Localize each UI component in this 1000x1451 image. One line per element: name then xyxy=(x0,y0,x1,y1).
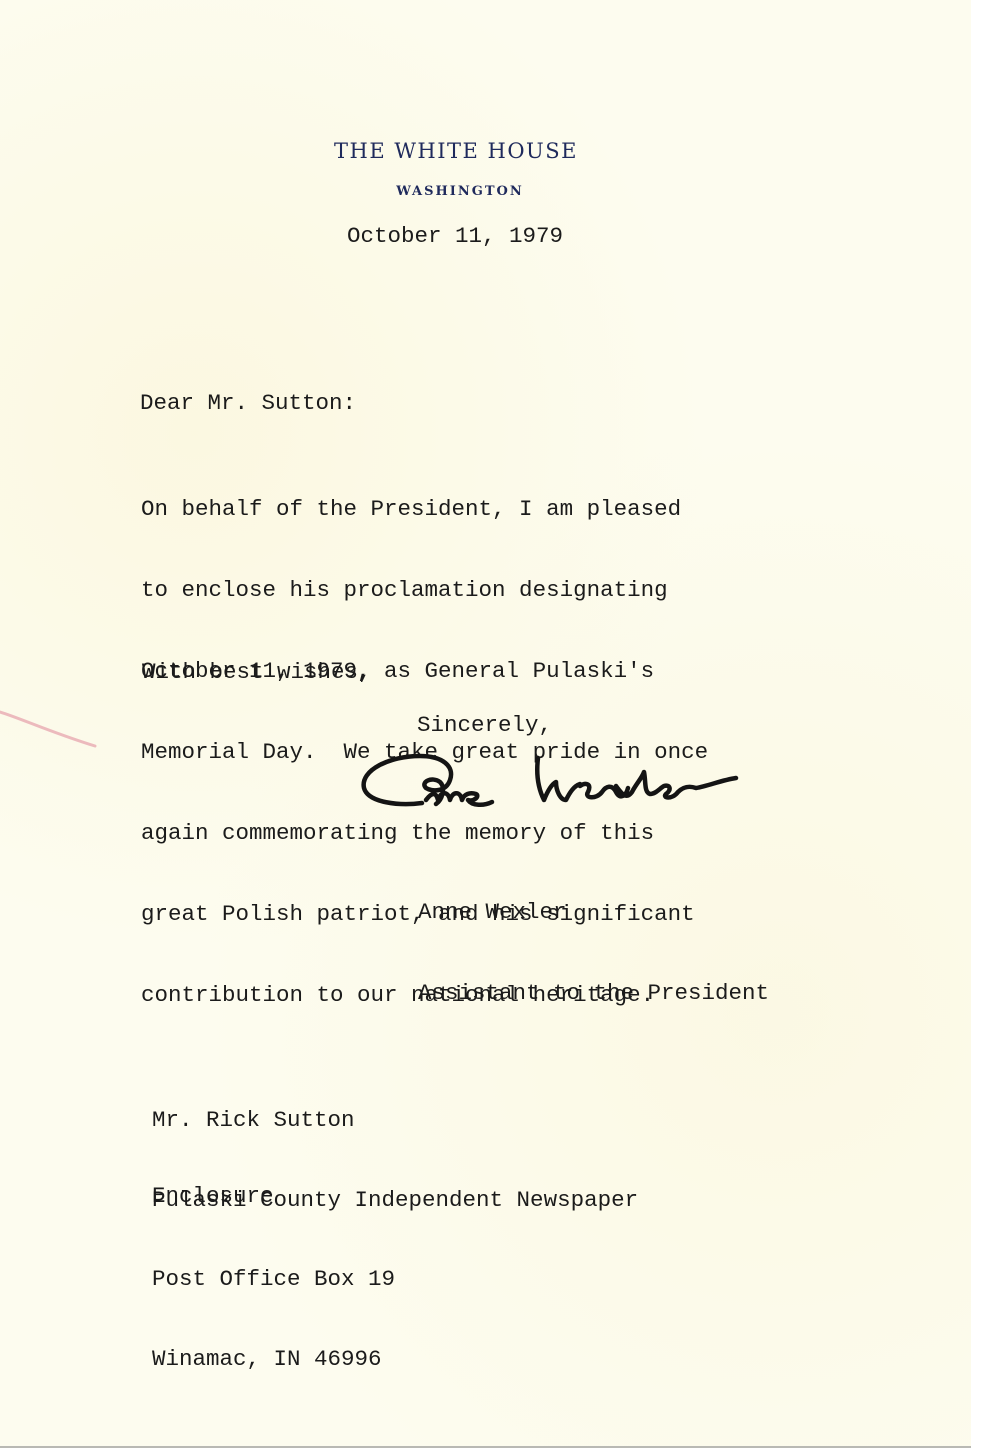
recipient-line: Mr. Rick Sutton xyxy=(152,1107,638,1134)
signer-title: Assistant to the President xyxy=(418,980,769,1007)
recipient-address: Mr. Rick Sutton Pulaski County Independe… xyxy=(152,1054,638,1425)
paper-bottom-edge xyxy=(0,1446,971,1448)
recipient-line: Winamac, IN 46996 xyxy=(152,1346,638,1373)
body-line: On behalf of the President, I am pleased xyxy=(141,496,708,523)
letter-paper: THE WHITE HOUSE WASHINGTON October 11, 1… xyxy=(0,0,971,1446)
letterhead-location: WASHINGTON xyxy=(0,184,920,199)
signer-block: Anne Wexler Assistant to the President xyxy=(418,845,769,1061)
closing-wishes: With best wishes, xyxy=(142,659,372,686)
signature-image: Anne Wexler xyxy=(360,748,750,828)
red-pencil-mark xyxy=(0,708,100,748)
letter-date: October 11, 1979 xyxy=(347,223,563,250)
body-line: to enclose his proclamation designating xyxy=(141,577,708,604)
complimentary-close: Sincerely, xyxy=(417,712,552,739)
recipient-line: Post Office Box 19 xyxy=(152,1266,638,1293)
salutation: Dear Mr. Sutton: xyxy=(140,390,356,417)
enclosure-note: Enclosure xyxy=(152,1183,274,1210)
letterhead-title: THE WHITE HOUSE xyxy=(0,139,912,163)
signer-name: Anne Wexler xyxy=(418,899,769,926)
